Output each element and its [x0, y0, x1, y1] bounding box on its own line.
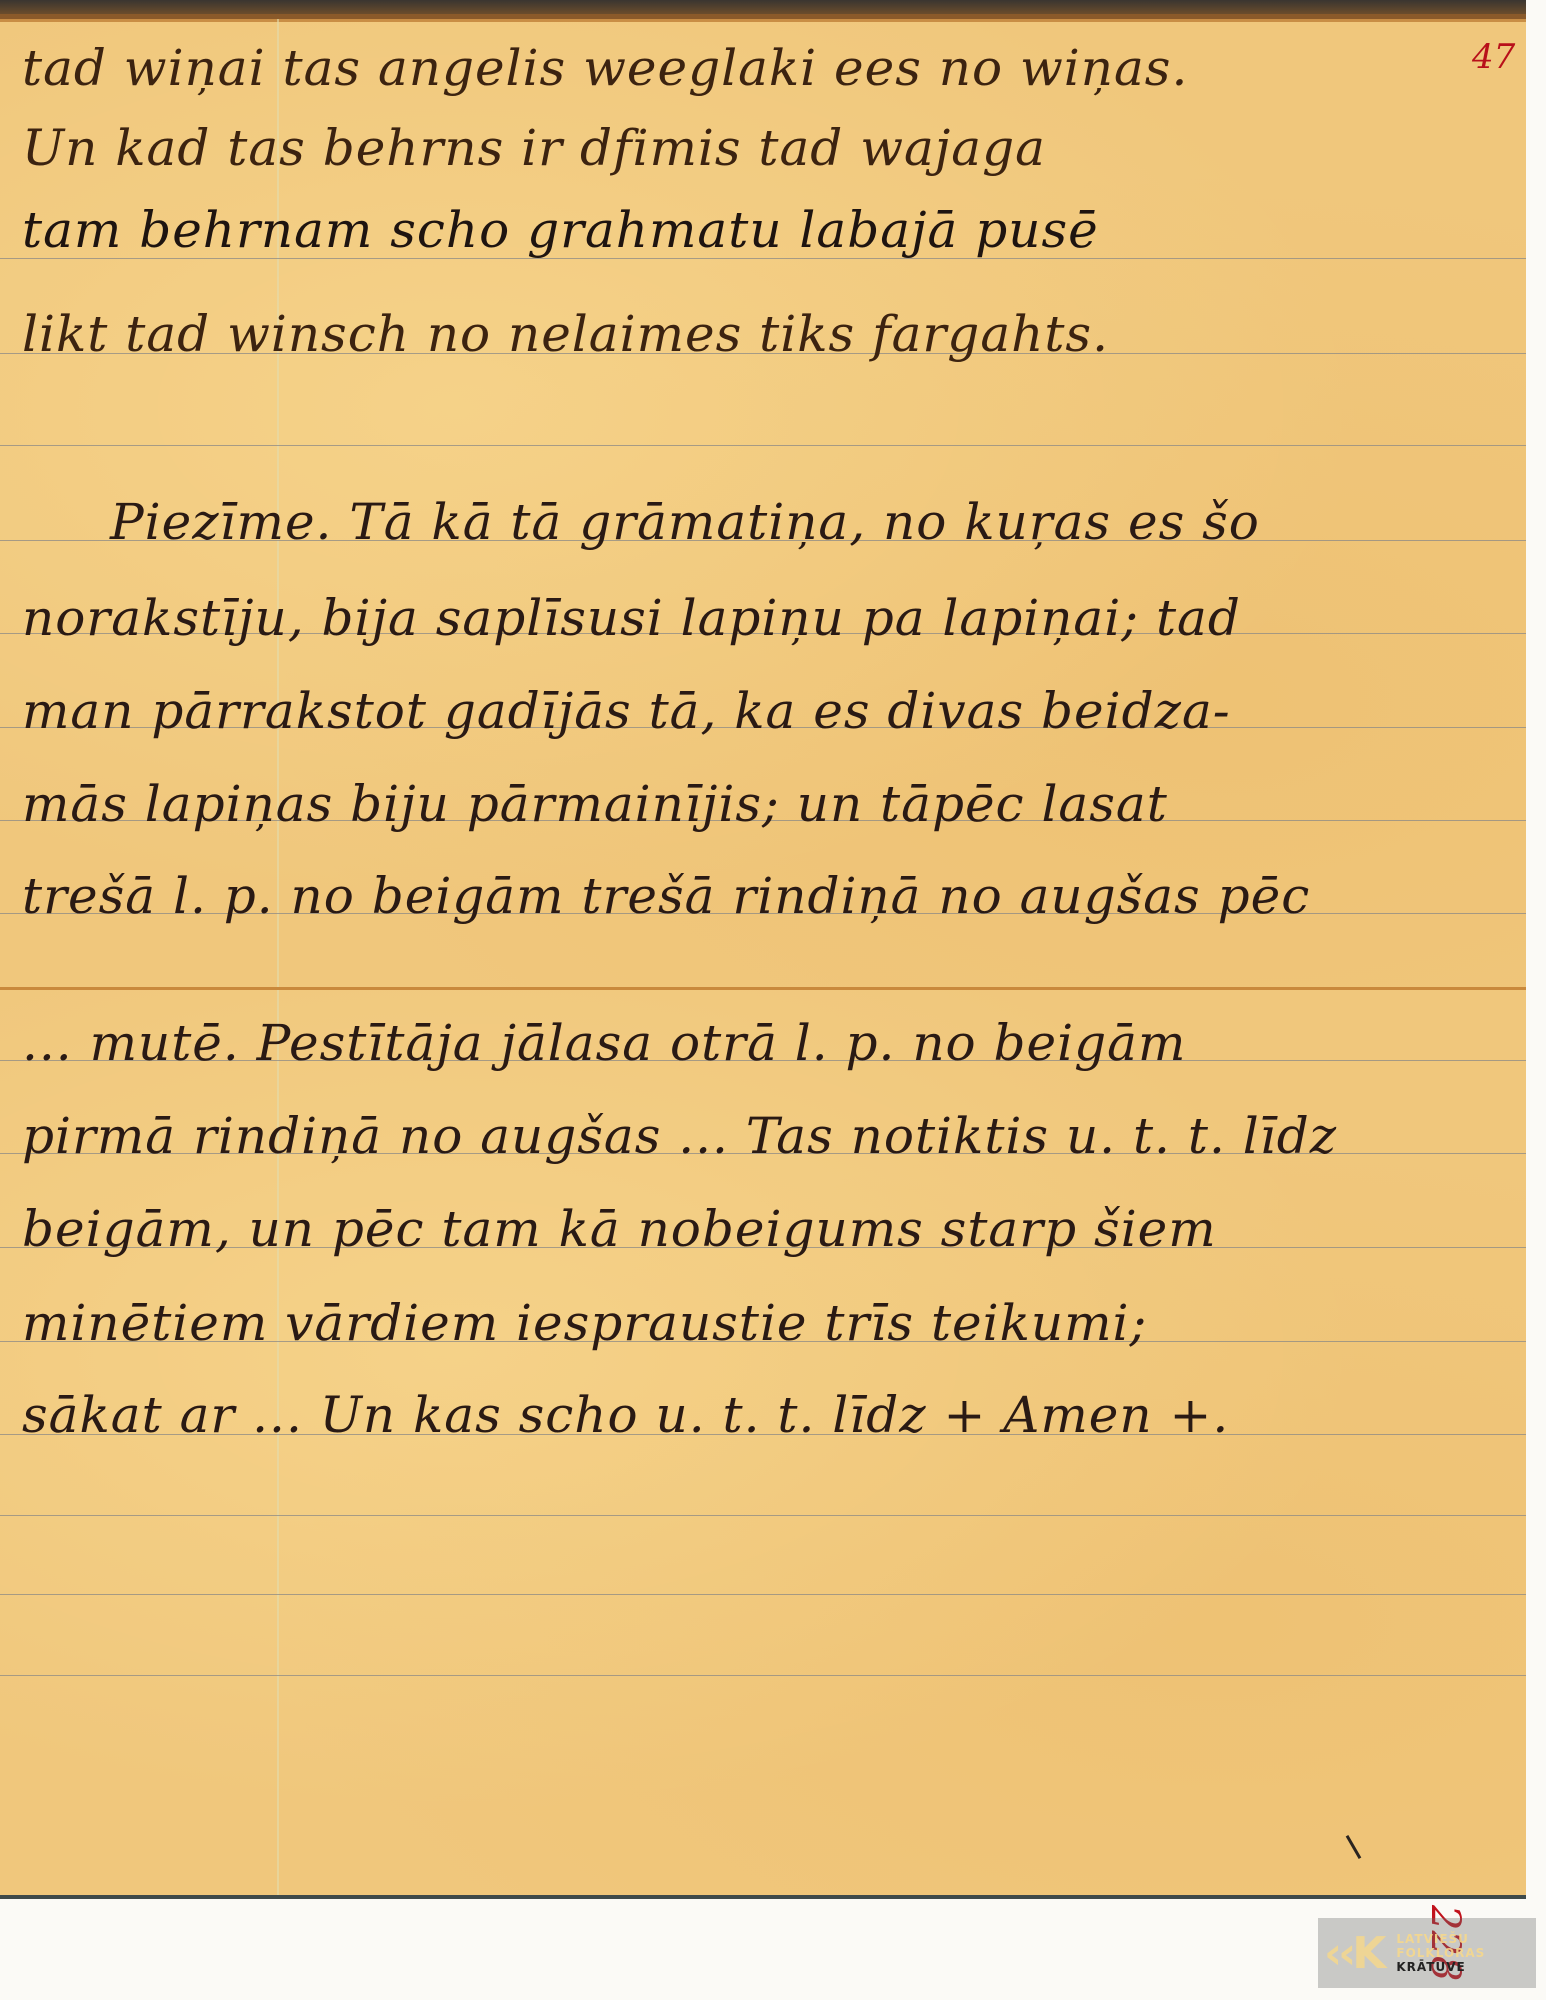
watermark-line-3: KRĀTUVE — [1396, 1960, 1485, 1974]
handwritten-line: trešā l. p. no beigām trešā rindiņā no a… — [22, 871, 1506, 921]
handwritten-line: beigām, un pēc tam kā nobeigums starp ši… — [22, 1204, 1506, 1254]
handwritten-line: mās lapiņas biju pārmainījis; un tāpēc l… — [22, 779, 1506, 829]
handwritten-line: likt tad winsch no nelaimes tiks fargaht… — [22, 309, 1506, 359]
archive-logo-icon: ‹‹K — [1318, 1928, 1382, 1979]
watermark-line-1: LATVIEŠU — [1396, 1932, 1485, 1946]
ruled-line — [0, 1675, 1526, 1676]
handwritten-line: man pārrakstot gadījās tā, ka es divas b… — [22, 686, 1506, 736]
ruled-line — [0, 1515, 1526, 1516]
handwritten-line: pirmā rindiņā no augšas ... Tas notiktis… — [22, 1111, 1506, 1161]
archive-name: LATVIEŠU FOLKLORAS KRĀTUVE — [1396, 1932, 1485, 1974]
ruled-line — [0, 445, 1526, 446]
ruled-line — [0, 1594, 1526, 1595]
handwritten-line: Un kad tas behrns ir dfimis tad wajaga — [22, 123, 1506, 173]
handwritten-line: norakstīju, bija saplīsusi lapiņu pa lap… — [22, 593, 1506, 643]
upper-notebook-page: tad wiņai tas angelis weeglaki ees no wi… — [0, 14, 1526, 992]
scanned-document: tad wiņai tas angelis weeglaki ees no wi… — [0, 0, 1546, 2000]
handwritten-line: minētiem vārdiem iespraustie trīs teikum… — [22, 1298, 1506, 1348]
archive-watermark: ‹‹K LATVIEŠU FOLKLORAS KRĀTUVE — [1318, 1918, 1536, 1988]
handwritten-line: tam behrnam scho grahmatu labajā pusē — [22, 205, 1506, 255]
note-heading-line: Piezīme. Tā kā tā grāmatiņa, no kuŗas es… — [110, 497, 1506, 547]
watermark-line-2: FOLKLORAS — [1396, 1946, 1485, 1960]
red-folio-mark: 47 — [1472, 37, 1515, 77]
lower-notebook-page: ... mutē. Pestītāja jālasa otrā l. p. no… — [0, 987, 1526, 1899]
handwritten-line: tad wiņai tas angelis weeglaki ees no wi… — [22, 43, 1506, 93]
notebook-top-edge — [0, 0, 1526, 14]
handwritten-line: ... mutē. Pestītāja jālasa otrā l. p. no… — [22, 1018, 1506, 1068]
handwritten-line: sākat ar ... Un kas scho u. t. t. līdz +… — [22, 1390, 1506, 1440]
